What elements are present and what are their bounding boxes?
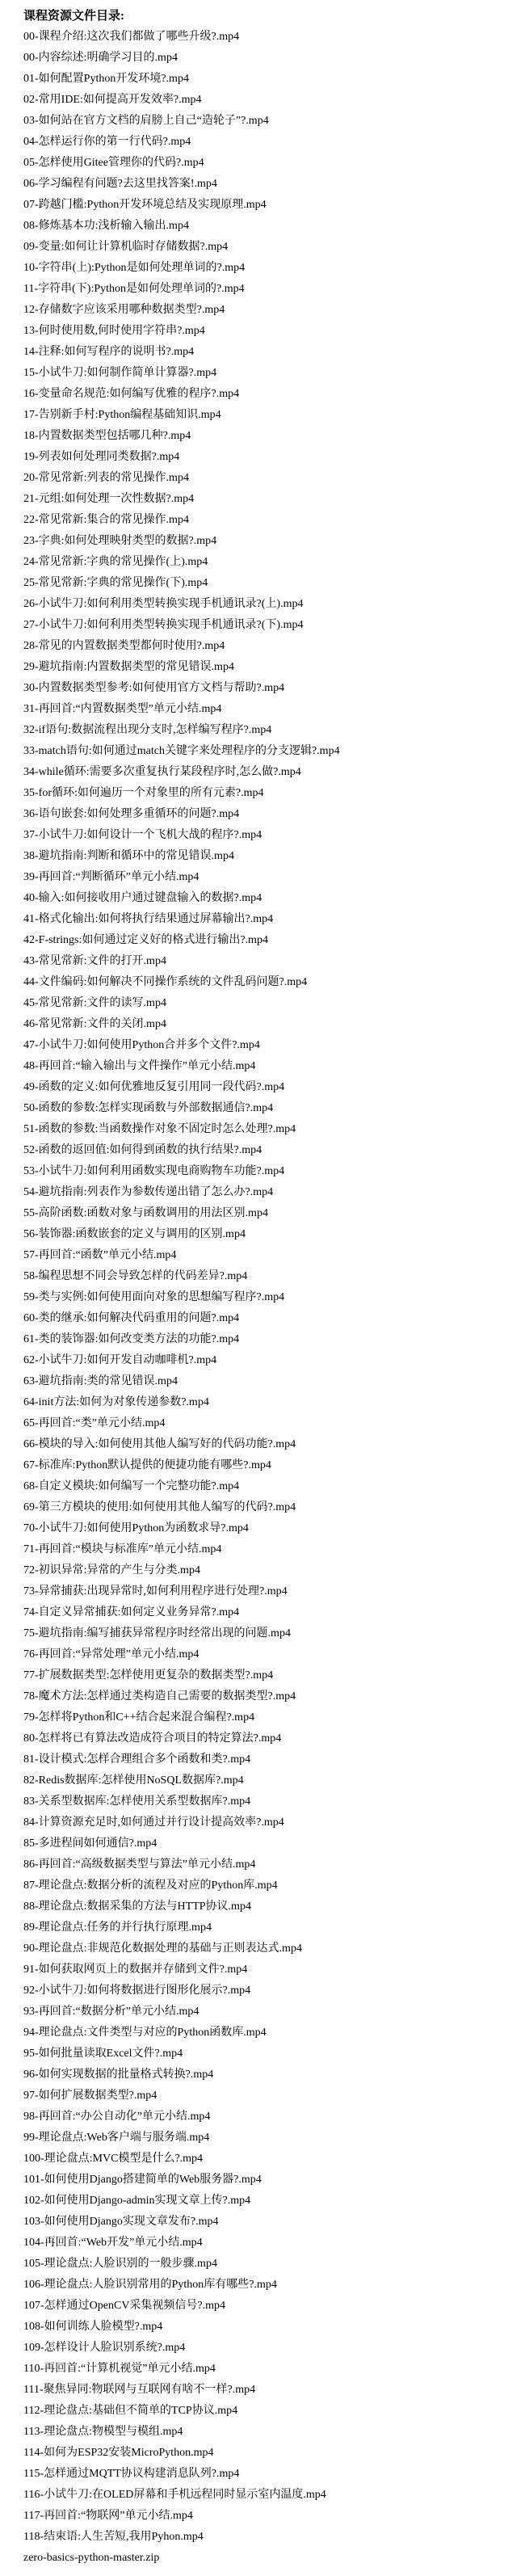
file-item: 67-标准库:Python默认提供的便捷功能有哪些?.mp4 [23, 1455, 519, 1476]
file-item: 82-Redis数据库:怎样使用NoSQL数据库?.mp4 [23, 1770, 519, 1791]
file-item: 83-关系型数据库:怎样使用关系型数据库?.mp4 [23, 1791, 519, 1812]
file-item: 00-内容综述:明确学习目的.mp4 [23, 48, 519, 69]
file-item: 19-列表如何处理同类数据?.mp4 [23, 447, 519, 468]
file-item: 87-理论盘点:数据分析的流程及对应的Python库.mp4 [23, 1875, 519, 1896]
file-item: 05-怎样使用Gitee管理你的代码?.mp4 [23, 153, 519, 174]
file-item: 94-理论盘点:文件类型与对应的Python函数库.mp4 [23, 2022, 519, 2044]
file-item: 30-内置数据类型参考:如何使用官方文档与帮助?.mp4 [23, 678, 519, 699]
file-item: 88-理论盘点:数据采集的方法与HTTP协议.mp4 [23, 1896, 519, 1917]
file-item: 91-如何获取网页上的数据并存储到文件?.mp4 [23, 1959, 519, 1980]
file-item: 103-如何使用Django实现文章发布?.mp4 [23, 2212, 519, 2233]
file-item: 57-再回首:“函数”单元小结.mp4 [23, 1245, 519, 1266]
file-item: 54-避坑指南:列表作为参数传递出错了怎么办?.mp4 [23, 1182, 519, 1203]
file-item: 31-再回首:“内置数据类型”单元小结.mp4 [23, 699, 519, 720]
file-item: 111-聚焦异同:物联网与互联网有啥不一样?.mp4 [23, 2380, 519, 2401]
file-item: 14-注释:如何写程序的说明书?.mp4 [23, 342, 519, 363]
file-item: 101-如何使用Django搭建简单的Web服务器?.mp4 [23, 2170, 519, 2191]
file-item: 41-格式化输出:如何将执行结果通过屏幕输出?.mp4 [23, 909, 519, 930]
file-item: 78-魔术方法:怎样通过类构造自己需要的数据类型?.mp4 [23, 1686, 519, 1707]
file-item: 65-再回首:“类”单元小结.mp4 [23, 1413, 519, 1434]
file-item: 108-如何训练人脸模型?.mp4 [23, 2317, 519, 2338]
file-item: 04-怎样运行你的第一行代码?.mp4 [23, 132, 519, 153]
file-item: 20-常见常新:列表的常见操作.mp4 [23, 468, 519, 489]
file-item: 107-怎样通过OpenCV采集视频信号?.mp4 [23, 2296, 519, 2317]
file-item: 35-for循环:如何遍历一个对象里的所有元素?.mp4 [23, 783, 519, 804]
file-list: 00-课程介绍:这次我们都做了哪些升级?.mp400-内容综述:明确学习目的.m… [23, 27, 519, 2569]
file-item: 100-理论盘点:MVC模型是什么?.mp4 [23, 2149, 519, 2170]
file-item: 118-结束语:人生苦短,我用Pyhon.mp4 [23, 2527, 519, 2548]
file-item: 61-类的装饰器:如何改变类方法的功能?.mp4 [23, 1329, 519, 1350]
file-item: 16-变量命名规范:如何编写优雅的程序?.mp4 [23, 384, 519, 405]
file-item: 102-如何使用Django-admin实现文章上传?.mp4 [23, 2191, 519, 2212]
file-item: 116-小试牛刀:在OLED屏幕和手机远程同时显示室内温度.mp4 [23, 2485, 519, 2506]
file-item: 01-如何配置Python开发环境?.mp4 [23, 69, 519, 90]
file-item: 69-第三方模块的使用:如何使用其他人编写的代码?.mp4 [23, 1497, 519, 1518]
page-title: 课程资源文件目录: [23, 6, 519, 27]
file-item: 58-编程思想不同会导致怎样的代码差异?.mp4 [23, 1266, 519, 1287]
file-item: 13-何时使用数,何时使用字符串?.mp4 [23, 321, 519, 342]
file-item: 47-小试牛刀:如何使用Python合并多个文件?.mp4 [23, 1035, 519, 1056]
file-item: 23-字典:如何处理映射类型的数据?.mp4 [23, 531, 519, 552]
file-item: 44-文件编码:如何解决不同操作系统的文件乱码问题?.mp4 [23, 972, 519, 993]
file-item: 117-再回首:“物联网”单元小结.mp4 [23, 2506, 519, 2527]
file-item: 22-常见常新:集合的常见操作.mp4 [23, 510, 519, 531]
file-item: 09-变量:如何让计算机临时存储数据?.mp4 [23, 237, 519, 258]
file-item: 112-理论盘点:基础但不简单的TCP协议.mp4 [23, 2401, 519, 2422]
file-item: 66-模块的导入:如何使用其他人编写好的代码功能?.mp4 [23, 1434, 519, 1455]
file-item: 72-初识异常:异常的产生与分类.mp4 [23, 1560, 519, 1581]
file-item: 76-再回首:“异常处理”单元小结.mp4 [23, 1644, 519, 1665]
file-item: 36-语句嵌套:如何处理多重循环的问题?.mp4 [23, 804, 519, 825]
file-item: 34-while循环:需要多次重复执行某段程序时,怎么做?.mp4 [23, 762, 519, 783]
file-item: 17-告别新手村:Python编程基础知识.mp4 [23, 405, 519, 426]
file-item: 109-怎样设计人脸识别系统?.mp4 [23, 2338, 519, 2359]
file-item: 89-理论盘点:任务的并行执行原理.mp4 [23, 1917, 519, 1938]
file-item: 24-常见常新:字典的常见操作(上).mp4 [23, 552, 519, 573]
file-item: 10-字符串(上):Python是如何处理单词的?.mp4 [23, 258, 519, 279]
file-item: 97-如何扩展数据类型?.mp4 [23, 2086, 519, 2107]
file-item: zero-basics-python-master.zip [23, 2548, 519, 2569]
file-item: 104-再回首:“Web开发”单元小结.mp4 [23, 2233, 519, 2254]
file-item: 18-内置数据类型包括哪几种?.mp4 [23, 426, 519, 447]
file-item: 45-常见常新:文件的读写.mp4 [23, 993, 519, 1014]
file-item: 56-装饰器:函数嵌套的定义与调用的区别.mp4 [23, 1224, 519, 1245]
file-item: 29-避坑指南:内置数据类型的常见错误.mp4 [23, 657, 519, 678]
file-item: 60-类的继承:如何解决代码重用的问题?.mp4 [23, 1308, 519, 1329]
file-item: 99-理论盘点:Web客户端与服务端.mp4 [23, 2128, 519, 2149]
file-item: 00-课程介绍:这次我们都做了哪些升级?.mp4 [23, 27, 519, 48]
file-item: 70-小试牛刀:如何使用Python为函数求导?.mp4 [23, 1518, 519, 1539]
file-item: 79-怎样将Python和C++结合起来混合编程?.mp4 [23, 1707, 519, 1728]
file-item: 28-常见的内置数据类型都何时使用?.mp4 [23, 636, 519, 657]
file-item: 81-设计模式:怎样合理组合多个函数和类?.mp4 [23, 1749, 519, 1770]
file-item: 105-理论盘点:人脸识别的一般步骤.mp4 [23, 2254, 519, 2275]
file-item: 03-如何站在官方文档的肩膀上自己“造轮子”?.mp4 [23, 111, 519, 132]
file-item: 21-元组:如何处理一次性数据?.mp4 [23, 489, 519, 510]
file-item: 77-扩展数据类型:怎样使用更复杂的数据类型?.mp4 [23, 1665, 519, 1686]
file-item: 12-存储数字应该采用哪种数据类型?.mp4 [23, 300, 519, 321]
file-item: 15-小试牛刀:如何制作简单计算器?.mp4 [23, 363, 519, 384]
file-item: 106-理论盘点:人脸识别常用的Python库有哪些?.mp4 [23, 2275, 519, 2296]
file-item: 85-多进程间如何通信?.mp4 [23, 1833, 519, 1854]
file-item: 42-F-strings:如何通过定义好的格式进行输出?.mp4 [23, 930, 519, 951]
file-item: 06-学习编程有问题?去这里找答案!.mp4 [23, 174, 519, 195]
file-item: 55-高阶函数:函数对象与函数调用的用法区别.mp4 [23, 1203, 519, 1224]
file-item: 51-函数的参数:当函数操作对象不固定时怎么处理?.mp4 [23, 1119, 519, 1140]
file-item: 98-再回首:“办公自动化”单元小结.mp4 [23, 2107, 519, 2128]
file-item: 93-再回首:“数据分析”单元小结.mp4 [23, 2001, 519, 2022]
file-item: 92-小试牛刀:如何将数据进行图形化展示?.mp4 [23, 1980, 519, 2001]
file-item: 33-match语句:如何通过match关键字来处理程序的分支逻辑?.mp4 [23, 741, 519, 762]
file-item: 32-if语句:数据流程出现分支时,怎样编写程序?.mp4 [23, 720, 519, 741]
file-item: 11-字符串(下):Python是如何处理单词的?.mp4 [23, 279, 519, 300]
file-item: 43-常见常新:文件的打开.mp4 [23, 951, 519, 972]
file-item: 39-再回首:“判断循环”单元小结.mp4 [23, 867, 519, 888]
file-item: 02-常用IDE:如何提高开发效率?.mp4 [23, 90, 519, 111]
file-item: 50-函数的参数:怎样实现函数与外部数据通信?.mp4 [23, 1098, 519, 1119]
file-item: 96-如何实现数据的批量格式转换?.mp4 [23, 2065, 519, 2086]
file-item: 64-init方法:如何为对象传递参数?.mp4 [23, 1392, 519, 1413]
file-item: 71-再回首:“模块与标准库”单元小结.mp4 [23, 1539, 519, 1560]
file-item: 115-怎样通过MQTT协议构建消息队列?.mp4 [23, 2464, 519, 2485]
file-item: 59-类与实例:如何使用面向对象的思想编写程序?.mp4 [23, 1287, 519, 1308]
file-item: 84-计算资源充足时,如何通过并行设计提高效率?.mp4 [23, 1812, 519, 1833]
file-item: 68-自定义模块:如何编写一个完整功能?.mp4 [23, 1476, 519, 1497]
file-item: 27-小试牛刀:如何利用类型转换实现手机通讯录?(下).mp4 [23, 615, 519, 636]
file-item: 49-函数的定义:如何优雅地反复引用同一段代码?.mp4 [23, 1077, 519, 1098]
file-item: 80-怎样将已有算法改造成符合项目的特定算法?.mp4 [23, 1728, 519, 1749]
file-item: 52-函数的返回值:如何得到函数的执行结果?.mp4 [23, 1140, 519, 1161]
file-item: 110-再回首:“计算机视觉”单元小结.mp4 [23, 2359, 519, 2380]
file-item: 90-理论盘点:非规范化数据处理的基础与正则表达式.mp4 [23, 1938, 519, 1959]
file-item: 62-小试牛刀:如何开发自动咖啡机?.mp4 [23, 1350, 519, 1371]
file-item: 95-如何批量读取Excel文件?.mp4 [23, 2044, 519, 2065]
file-item: 74-自定义异常捕获:如何定义业务异常?.mp4 [23, 1602, 519, 1623]
file-item: 07-跨越门槛:Python开发环境总结及实现原理.mp4 [23, 195, 519, 216]
file-item: 63-避坑指南:类的常见错误.mp4 [23, 1371, 519, 1392]
course-file-directory: 课程资源文件目录: 00-课程介绍:这次我们都做了哪些升级?.mp400-内容综… [0, 0, 525, 2569]
file-item: 75-避坑指南:编写捕获异常程序时经常出现的问题.mp4 [23, 1623, 519, 1644]
file-item: 73-异常捕获:出现异常时,如何利用程序进行处理?.mp4 [23, 1581, 519, 1602]
file-item: 46-常见常新:文件的关闭.mp4 [23, 1014, 519, 1035]
file-item: 86-再回首:“高级数据类型与算法”单元小结.mp4 [23, 1854, 519, 1875]
file-item: 48-再回首:“输入输出与文件操作”单元小结.mp4 [23, 1056, 519, 1077]
file-item: 38-避坑指南:判断和循环中的常见错误.mp4 [23, 846, 519, 867]
file-item: 26-小试牛刀:如何利用类型转换实现手机通讯录?(上).mp4 [23, 594, 519, 615]
file-item: 40-输入:如何接收用户通过键盘输入的数据?.mp4 [23, 888, 519, 909]
file-item: 53-小试牛刀:如何利用函数实现电商购物车功能?.mp4 [23, 1161, 519, 1182]
file-item: 113-理论盘点:物模型与模组.mp4 [23, 2422, 519, 2443]
file-item: 114-如何为ESP32安装MicroPython.mp4 [23, 2443, 519, 2464]
file-item: 25-常见常新:字典的常见操作(下).mp4 [23, 573, 519, 594]
file-item: 37-小试牛刀:如何设计一个飞机大战的程序?.mp4 [23, 825, 519, 846]
file-item: 08-修炼基本功:浅析输入输出.mp4 [23, 216, 519, 237]
